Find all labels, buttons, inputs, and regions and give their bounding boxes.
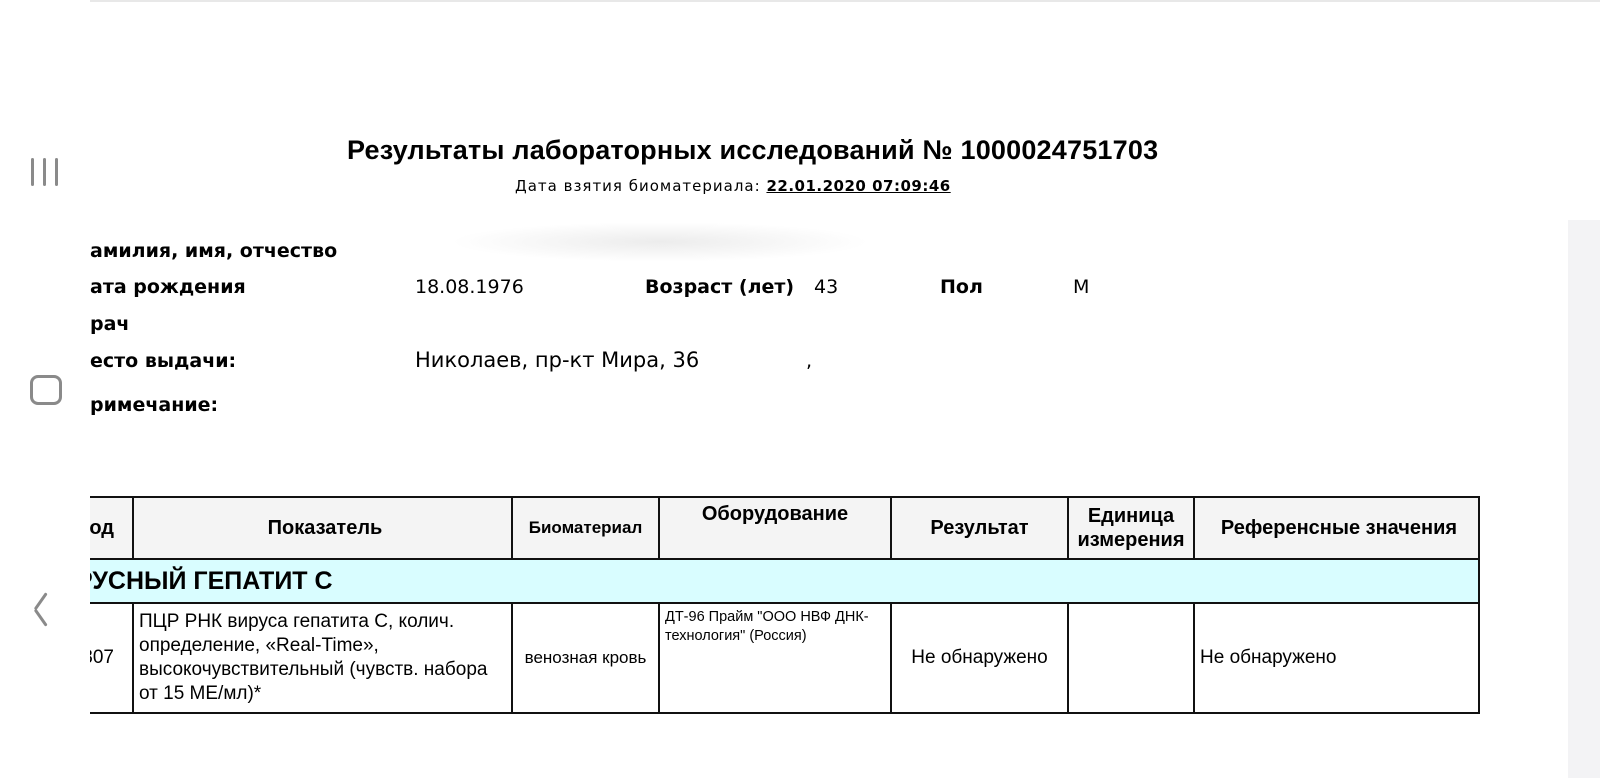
cell-indicator: ПЦР РНК вируса гепатита С, колич. опреде… — [133, 603, 512, 713]
doctor-label: рач — [90, 313, 129, 335]
header-result: Результат — [891, 497, 1068, 559]
back-icon[interactable] — [33, 592, 53, 622]
table-header-row: Код Показатель Биоматериал Оборудование … — [90, 497, 1479, 559]
right-scroll-edge — [1568, 220, 1600, 778]
birth-date-value: 18.08.1976 — [415, 276, 524, 298]
header-indicator: Показатель — [133, 497, 512, 559]
cell-equipment: ДТ-96 Прайм "ООО НВФ ДНК-технология" (Ро… — [659, 603, 891, 713]
issue-place-suffix: , — [806, 350, 812, 372]
header-biomaterial: Биоматериал — [512, 497, 659, 559]
results-table: Код Показатель Биоматериал Оборудование … — [90, 496, 1480, 714]
home-icon[interactable] — [30, 375, 62, 405]
issue-place-value: Николаев, пр-кт Мира, 36 — [415, 348, 699, 372]
birth-date-label: ата рождения — [90, 276, 246, 298]
cell-code: 307 — [90, 603, 133, 713]
header-unit-line1: Единица — [1069, 504, 1193, 528]
android-nav-bar — [0, 0, 90, 778]
cell-result: Не обнаружено — [891, 603, 1068, 713]
document-title: Результаты лабораторных исследований № 1… — [347, 135, 1158, 166]
sex-label: Пол — [940, 276, 983, 298]
header-unit-line2: измерения — [1069, 528, 1193, 552]
header-equipment: Оборудование — [659, 497, 891, 559]
section-title: ВИРУСНЫЙ ГЕПАТИТ С — [90, 559, 1479, 603]
header-unit: Единица измерения — [1068, 497, 1194, 559]
table-row: 307 ПЦР РНК вируса гепатита С, колич. оп… — [90, 603, 1479, 713]
redacted-name — [450, 222, 870, 262]
cell-unit — [1068, 603, 1194, 713]
age-label: Возраст (лет) — [645, 276, 794, 298]
header-reference: Референсные значения — [1194, 497, 1479, 559]
recent-apps-icon[interactable] — [31, 158, 59, 186]
sample-date: Дата взятия биоматериала: 22.01.2020 07:… — [515, 177, 951, 195]
header-code: Код — [90, 497, 133, 559]
sample-date-label: Дата взятия биоматериала: — [515, 177, 761, 195]
section-row: ВИРУСНЫЙ ГЕПАТИТ С — [90, 559, 1479, 603]
sample-date-value: 22.01.2020 07:09:46 — [766, 177, 950, 195]
age-value: 43 — [814, 276, 838, 298]
issue-place-label: есто выдачи: — [90, 350, 236, 372]
full-name-label: амилия, имя, отчество — [90, 240, 337, 262]
cell-reference: Не обнаружено — [1194, 603, 1479, 713]
sex-value: М — [1073, 276, 1089, 298]
cell-biomaterial: венозная кровь — [512, 603, 659, 713]
note-label: римечание: — [90, 394, 218, 416]
lab-results-document: Результаты лабораторных исследований № 1… — [90, 0, 1568, 778]
